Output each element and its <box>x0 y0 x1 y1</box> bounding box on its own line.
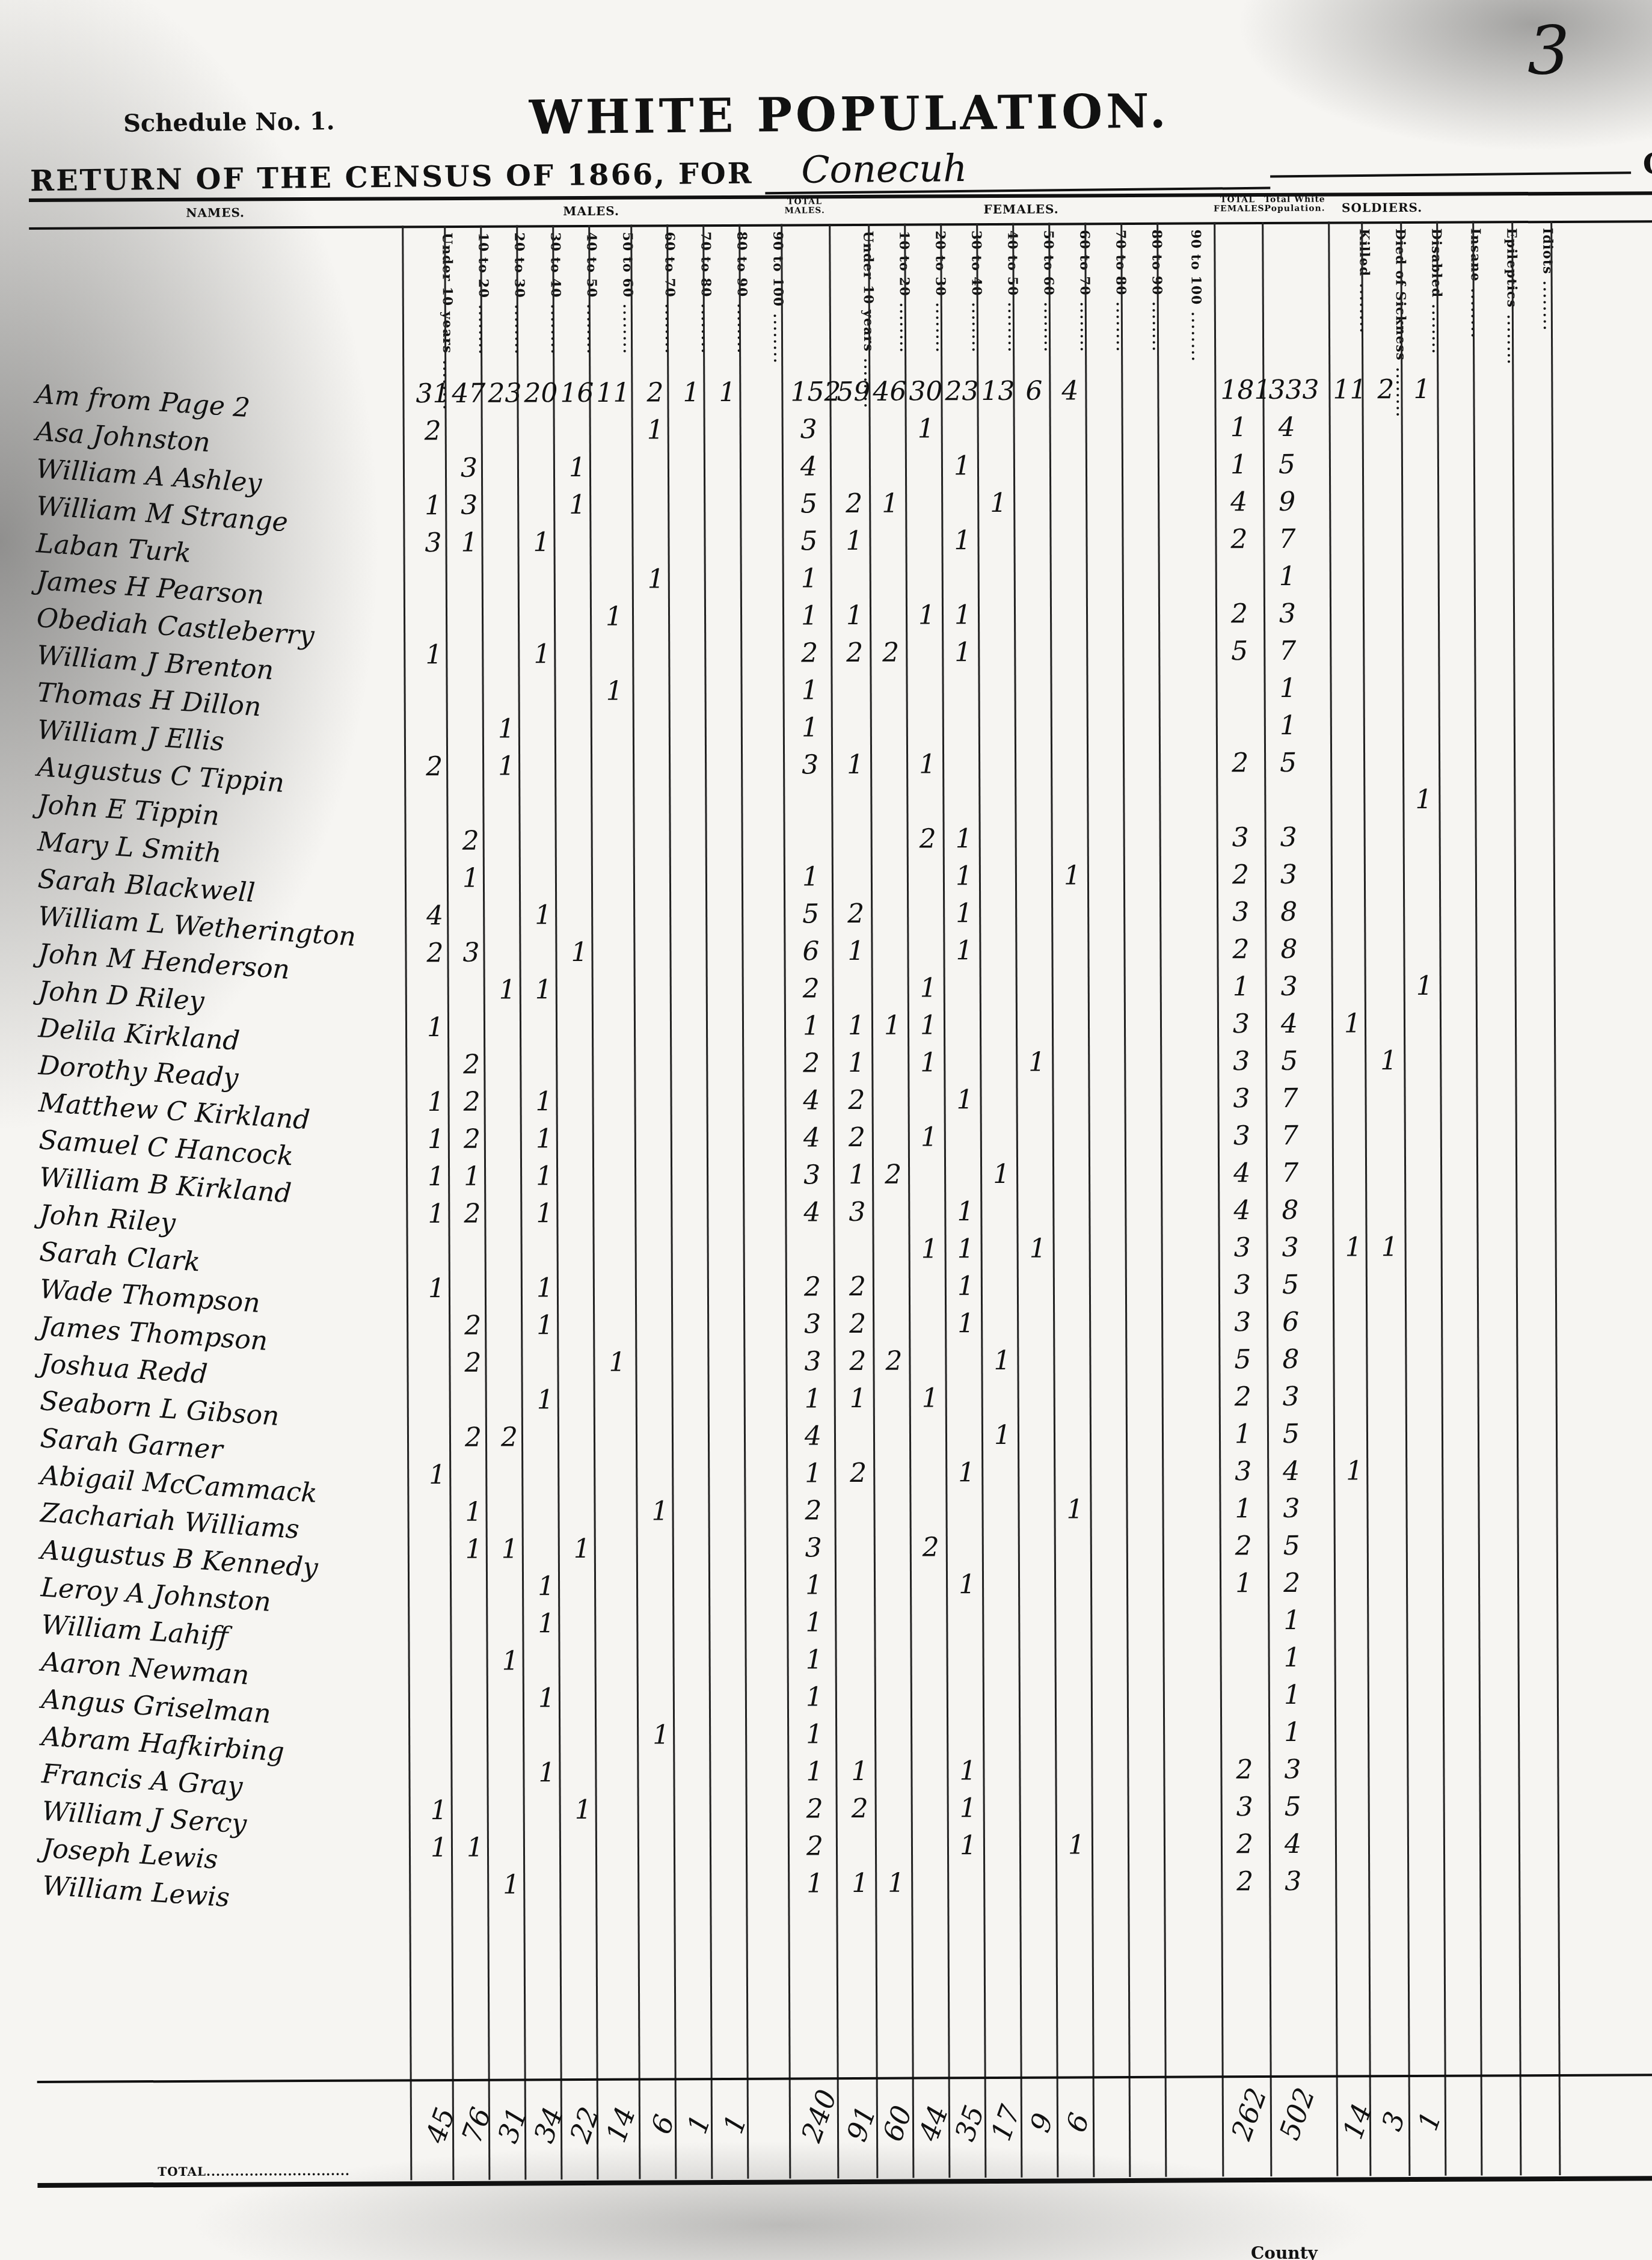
cell-m-10-20: 2 <box>455 1348 491 1378</box>
cell-m-30-40: 1 <box>527 1310 563 1340</box>
cell-f-u10: 2 <box>840 1458 876 1488</box>
table-row: Zachariah Williams112113 <box>34 1490 1652 1533</box>
county-underline <box>1270 171 1631 177</box>
cell-f-40-50: 1 <box>980 488 1016 518</box>
table-row: James H Pearson111 <box>31 558 1652 601</box>
cell-total-females: 4 <box>1221 487 1257 517</box>
cell-f-20-30: 30 <box>907 376 944 407</box>
cell-f-u10: 1 <box>837 749 873 780</box>
table-row: William M Strange131521149 <box>30 484 1652 526</box>
cell-m-30-40: 1 <box>525 900 561 930</box>
table-row: John Riley12143148 <box>33 1192 1652 1235</box>
cell-m-u10: 1 <box>421 1795 457 1826</box>
cell-total-white: 7 <box>1269 524 1305 554</box>
cell-f-30-40: 1 <box>944 525 980 556</box>
cell-total-males: 3 <box>794 1309 831 1339</box>
cell-m-70-80: 1 <box>673 377 709 408</box>
column-header-disabled: Disabled <box>1408 229 1445 367</box>
table-row: Sarah Blackwell111123 <box>32 856 1652 899</box>
cell-m-30-40: 1 <box>526 1198 562 1229</box>
census-page: 3 Schedule No. 1. WHITE POPULATION. RETU… <box>0 0 1652 2260</box>
cell-total-males: 1 <box>795 1458 831 1488</box>
cell-f-u10: 2 <box>838 1085 874 1116</box>
cell-f-40-50: 1 <box>984 1345 1020 1376</box>
cell-killed: 1 <box>1336 1232 1372 1262</box>
cell-f-30-40: 1 <box>946 823 982 854</box>
cell-total-white: 8 <box>1273 1344 1309 1375</box>
cell-total-females: 1 <box>1226 1568 1262 1598</box>
cell-total-white: 8 <box>1271 934 1307 965</box>
cell-total-white: 1 <box>1274 1642 1310 1673</box>
cell-f-10-20: 46 <box>871 376 907 407</box>
total-m-80-90: 1 <box>713 2102 756 2147</box>
cell-died-sickness: 1 <box>1371 1045 1407 1076</box>
total-m-40-50: 22 <box>563 2102 606 2148</box>
cell-total-males: 1 <box>796 1681 832 1712</box>
cell-total-males: 3 <box>792 749 828 780</box>
cell-m-60-70: 1 <box>637 414 674 445</box>
cell-m-50-60: 1 <box>596 601 632 632</box>
cell-f-u10: 2 <box>839 1122 875 1153</box>
total-m-60-70: 6 <box>641 2102 684 2147</box>
cell-m-10-20: 2 <box>454 1199 490 1229</box>
cell-total-females: 2 <box>1221 524 1257 554</box>
cell-m-30-40: 1 <box>528 1571 564 1601</box>
table-row: William Lahiff111 <box>35 1602 1652 1645</box>
cell-total-males: 2 <box>793 973 829 1004</box>
table-row: Sarah Clark1113311 <box>34 1229 1652 1272</box>
census-table: NAMES. MALES. TOTAL MALES. FEMALES. TOTA… <box>29 191 1652 2231</box>
cell-total-white: 4 <box>1269 412 1305 443</box>
cell-total-females: 2 <box>1227 1829 1263 1859</box>
cell-f-20-30: 1 <box>910 972 947 1003</box>
cell-total-males: 3 <box>794 1159 830 1190</box>
table-row: Mary L Smith22133 <box>32 819 1652 862</box>
cell-total-white: 5 <box>1271 1046 1307 1076</box>
names-header: NAMES. <box>29 205 402 224</box>
cell-m-20-30: 1 <box>493 1869 529 1900</box>
cell-total-white: 5 <box>1269 449 1305 480</box>
cell-m-30-40: 1 <box>527 1273 563 1303</box>
cell-f-u10: 1 <box>836 526 872 556</box>
cell-m-40-50: 1 <box>561 937 597 968</box>
cell-f-30-40: 1 <box>949 1569 985 1600</box>
footer-county-label: County <box>1251 2243 1318 2260</box>
column-header-m-20-30: 20 to 30 <box>491 232 527 370</box>
cell-total-males: 1 <box>791 563 828 594</box>
cell-m-10-20: 1 <box>455 1497 491 1528</box>
cell-m-60-70: 1 <box>642 1496 678 1526</box>
cell-m-50-60: 11 <box>595 378 631 408</box>
soldiers-header: SOLDIERS. <box>1328 201 1436 218</box>
cell-total-white: 7 <box>1271 1083 1307 1114</box>
cell-m-u10: 1 <box>415 490 451 521</box>
cell-total-females: 3 <box>1224 1307 1260 1337</box>
cell-f-u10: 59 <box>835 376 871 407</box>
cell-m-10-20: 2 <box>453 1049 490 1080</box>
cell-m-20-30: 2 <box>491 1422 527 1452</box>
cell-m-10-20: 2 <box>453 1087 490 1117</box>
cell-total-males: 1 <box>796 1644 832 1675</box>
cell-killed: 1 <box>1334 1008 1371 1039</box>
cell-total-females: 1 <box>1225 1493 1261 1524</box>
cell-total-females: 3 <box>1224 1120 1260 1151</box>
cell-total-males: 6 <box>793 936 829 966</box>
total-m-u10: 45 <box>419 2103 461 2148</box>
cell-total-females: 3 <box>1223 897 1259 927</box>
cell-f-30-40: 23 <box>944 376 980 407</box>
cell-total-females: 2 <box>1222 748 1258 778</box>
cell-m-20-30: 1 <box>493 1645 529 1676</box>
table-row: William L Wetherington4152138 <box>32 894 1652 936</box>
cell-m-50-60: 1 <box>599 1347 635 1378</box>
cell-total-white: 3 <box>1270 598 1306 629</box>
cell-f-40-50: 1 <box>983 1159 1019 1190</box>
total-females-header: TOTAL FEMALES. <box>1214 195 1262 212</box>
total-m-70-80: 1 <box>677 2102 720 2147</box>
column-header-m-70-80: 70 to 80 <box>677 232 714 370</box>
cell-f-20-30: 2 <box>913 1532 949 1562</box>
cell-m-30-40: 1 <box>526 1123 562 1154</box>
cell-total-males: 3 <box>796 1532 832 1563</box>
table-row: Aaron Newman111 <box>35 1639 1652 1682</box>
table-row: William J Sercy1122135 <box>36 1789 1652 1831</box>
cell-total-white: 4 <box>1273 1456 1309 1487</box>
cell-f-u10: 1 <box>841 1756 877 1787</box>
table-row: William J Brenton11222157 <box>31 633 1652 675</box>
cell-total-males: 4 <box>791 451 827 482</box>
cell-m-u10: 1 <box>417 1087 453 1117</box>
column-header-m-30-40: 30 to 40 <box>527 232 563 370</box>
cell-total-males: 1 <box>795 1383 831 1414</box>
cell-total-males: 2 <box>794 1271 831 1302</box>
cell-m-40-50: 1 <box>565 1795 601 1825</box>
cell-m-30-40: 20 <box>523 378 559 408</box>
cell-total-males: 1 <box>791 675 828 705</box>
cell-total-white: 3 <box>1271 859 1307 890</box>
cell-total-females: 2 <box>1226 1754 1262 1785</box>
cell-total-males: 2 <box>793 1048 829 1078</box>
table-row: Augustus B Kennedy1113225 <box>35 1528 1652 1570</box>
column-header-m-40-50: 40 to 50 <box>563 232 600 370</box>
cell-total-males: 1 <box>793 1010 829 1041</box>
column-header-f-50-60: 50 to 60 <box>1020 230 1057 369</box>
cell-total-females: 3 <box>1223 1009 1259 1039</box>
cell-f-30-40: 1 <box>944 450 980 481</box>
cell-m-10-20: 1 <box>451 527 487 558</box>
column-header-epileptics: Epileptics <box>1483 228 1520 366</box>
cell-f-20-30: 2 <box>910 823 946 854</box>
cell-total-females: 5 <box>1221 636 1257 666</box>
cell-m-60-70: 2 <box>637 377 673 408</box>
cell-m-50-60: 1 <box>596 676 632 707</box>
cell-f-u10: 2 <box>842 1793 878 1824</box>
cell-total-males: 1 <box>796 1756 832 1787</box>
column-header-died-sickness: Died of Sickness <box>1372 229 1408 367</box>
table-row: William Lewis111123 <box>36 1863 1652 1906</box>
cell-total-white: 3 <box>1273 1232 1309 1263</box>
column-header-m-60-70: 60 to 70 <box>641 232 678 370</box>
cell-total-females: 2 <box>1223 859 1259 890</box>
cell-m-10-20: 1 <box>457 1832 493 1863</box>
cell-m-60-70: 1 <box>643 1719 679 1750</box>
cell-m-10-20: 3 <box>453 938 489 968</box>
cell-m-20-30: 1 <box>488 713 524 744</box>
cell-total-males: 1 <box>792 712 828 743</box>
cell-m-10-20: 1 <box>454 1161 490 1192</box>
cell-f-30-40: 1 <box>948 1271 984 1301</box>
cell-f-30-40: 1 <box>950 1755 986 1786</box>
page-number: 3 <box>1528 12 1570 89</box>
cell-total-females: 3 <box>1224 1232 1260 1263</box>
cell-f-u10: 1 <box>838 936 874 966</box>
cell-m-10-20: 3 <box>451 453 487 484</box>
cell-total-females: 3 <box>1223 822 1259 853</box>
cell-f-u10: 1 <box>838 1010 874 1041</box>
cell-f-u10: 1 <box>839 1159 875 1190</box>
cell-m-20-30: 1 <box>488 751 524 781</box>
total-m-30-40: 34 <box>527 2102 570 2148</box>
cell-f-10-20: 1 <box>874 1010 910 1041</box>
column-header-m-10-20: 10 to 20 <box>455 233 491 371</box>
cell-total-females: 3 <box>1225 1456 1261 1487</box>
cell-total-white: 5 <box>1273 1419 1309 1449</box>
cell-f-u10: 2 <box>838 898 874 929</box>
table-row: William B Kirkland111312147 <box>33 1155 1652 1197</box>
column-header-f-80-90: 80 to 90 <box>1128 230 1165 368</box>
cell-f-10-20: 2 <box>875 1159 911 1190</box>
cell-total-females: 2 <box>1221 598 1257 629</box>
resident-name: William Lewis <box>41 1870 428 1926</box>
cell-total-females: 1 <box>1221 412 1257 443</box>
cell-m-30-40: 1 <box>526 974 562 1005</box>
cell-f-20-30: 1 <box>910 1010 947 1040</box>
cell-total-males: 2 <box>791 637 828 668</box>
cell-total-males: 5 <box>791 488 827 519</box>
cell-m-30-40: 1 <box>526 1161 562 1191</box>
cell-f-u10: 1 <box>842 1868 878 1899</box>
cell-m-60-70: 1 <box>638 563 674 594</box>
cell-m-u10: 1 <box>417 1012 453 1043</box>
cell-f-u10: 2 <box>836 488 872 519</box>
cell-f-30-40: 1 <box>948 1233 984 1264</box>
return-prefix: RETURN OF THE CENSUS OF 1866, FOR <box>30 157 754 198</box>
table-row: Obediah Castleberry1111123 <box>31 595 1652 638</box>
cell-total-white: 1 <box>1270 673 1306 704</box>
cell-f-40-50: 1 <box>984 1420 1021 1451</box>
cell-m-u10: 1 <box>418 1161 454 1192</box>
column-header-m-u10: Under 10 years <box>419 233 455 371</box>
table-row: William A Ashley314115 <box>30 446 1652 489</box>
cell-total-males: 2 <box>797 1831 833 1861</box>
cell-disabled: 1 <box>1407 971 1443 1001</box>
total-total-white: 502 <box>1273 2099 1315 2144</box>
cell-total-white: 7 <box>1272 1120 1308 1151</box>
cell-f-20-30: 1 <box>909 749 945 779</box>
cell-total-white: 4 <box>1275 1829 1311 1859</box>
cell-total-white: 1 <box>1274 1605 1310 1636</box>
county-name-field: Conecuh <box>765 143 1271 195</box>
cell-m-30-40: 1 <box>526 1086 562 1117</box>
cell-f-30-40: 1 <box>946 898 982 929</box>
table-row: Leroy A Johnston11112 <box>35 1565 1652 1607</box>
cell-total-white: 1 <box>1270 710 1306 741</box>
cell-total-white: 7 <box>1270 636 1306 666</box>
cell-m-30-40: 1 <box>527 1384 563 1415</box>
total-white-header: Total White Population. <box>1262 195 1328 212</box>
table-row: Samuel C Hancock12142137 <box>33 1117 1652 1160</box>
cell-total-males: 1 <box>796 1719 832 1749</box>
cell-m-30-40: 1 <box>523 527 559 557</box>
cell-f-30-40: 1 <box>947 1196 983 1227</box>
cell-total-females: 1 <box>1223 971 1259 1002</box>
cell-m-10-20: 2 <box>455 1422 491 1453</box>
cell-m-u10: 4 <box>417 900 453 931</box>
cell-f-30-40: 1 <box>950 1830 986 1861</box>
cell-total-males: 5 <box>791 526 827 556</box>
cell-m-40-50: 1 <box>564 1534 600 1564</box>
cell-m-u10: 2 <box>415 416 451 446</box>
cell-f-u10: 3 <box>839 1197 875 1227</box>
table-row: Abigail McCammack1121341 <box>34 1453 1652 1496</box>
total-m-10-20: 76 <box>455 2102 497 2148</box>
cell-f-10-20: 2 <box>873 637 909 668</box>
cell-f-60-70: 1 <box>1054 860 1090 891</box>
cell-m-20-30: 1 <box>490 974 526 1005</box>
column-header-f-40-50: 40 to 50 <box>984 230 1021 369</box>
table-row: Dorothy Ready22111351 <box>32 1043 1652 1085</box>
column-header-insane: Insane <box>1447 228 1484 366</box>
cell-f-30-40: 1 <box>947 1084 983 1115</box>
cell-total-males: 1 <box>796 1607 832 1638</box>
table-row: Abram Hafkirbing111 <box>35 1714 1652 1757</box>
cell-f-30-40: 1 <box>948 1457 984 1488</box>
cell-total-males: 1 <box>796 1570 832 1600</box>
cell-m-u10: 1 <box>418 1124 454 1155</box>
cell-f-10-20: 1 <box>878 1868 914 1899</box>
cell-total-males: 4 <box>795 1420 831 1451</box>
column-header-f-60-70: 60 to 70 <box>1056 230 1093 368</box>
cell-f-10-20: 1 <box>872 488 908 519</box>
schedule-label: Schedule No. 1. <box>123 107 335 138</box>
cell-total-females: 1 <box>1221 449 1257 480</box>
cell-f-30-40: 1 <box>948 1308 984 1339</box>
column-header-f-70-80: 70 to 80 <box>1092 230 1129 368</box>
table-row: Joseph Lewis1121124 <box>36 1826 1652 1868</box>
cell-total-white: 5 <box>1275 1792 1311 1822</box>
cell-f-20-30: 1 <box>910 1047 947 1078</box>
cell-total-males: 3 <box>794 1346 831 1377</box>
cell-total-females: 2 <box>1223 934 1259 965</box>
cell-f-u10: 1 <box>838 1048 874 1078</box>
cell-died-sickness: 1 <box>1372 1232 1408 1262</box>
females-header: FEMALES. <box>829 201 1214 220</box>
total-killed: 14 <box>1336 2099 1378 2144</box>
cell-m-30-40: 1 <box>528 1608 564 1639</box>
cell-f-20-30: 1 <box>912 1383 948 1413</box>
column-header-f-20-30: 20 to 30 <box>912 230 948 369</box>
table-row: William J Ellis111 <box>31 707 1652 750</box>
cell-total-males: 2 <box>795 1495 831 1526</box>
cell-m-u10: 2 <box>417 938 453 968</box>
cell-m-u10: 1 <box>419 1460 455 1490</box>
cell-f-30-40: 1 <box>950 1793 986 1823</box>
cell-f-50-60: 1 <box>1019 1047 1055 1078</box>
return-suffix: COUNTY, ALABAMA <box>1643 144 1652 181</box>
cell-total-females: 3 <box>1227 1792 1263 1822</box>
column-header-f-10-20: 10 to 20 <box>876 231 912 369</box>
total-m-20-30: 31 <box>491 2102 533 2148</box>
column-header-f-30-40: 30 to 40 <box>948 230 984 369</box>
cell-f-u10: 2 <box>840 1309 876 1339</box>
cell-total-females: 181 <box>1220 375 1256 405</box>
cell-m-10-20: 1 <box>456 1534 492 1565</box>
column-header-killed: Killed <box>1336 229 1372 367</box>
cell-total-white: 1 <box>1274 1680 1310 1710</box>
cell-f-30-40: 1 <box>945 600 981 630</box>
cell-m-u10: 1 <box>419 1273 455 1304</box>
cell-m-30-40: 1 <box>529 1757 565 1788</box>
cell-total-white: 3 <box>1273 1381 1309 1412</box>
cell-total-white: 1 <box>1274 1717 1310 1748</box>
cell-total-females: 2 <box>1225 1381 1261 1412</box>
cell-total-white: 3 <box>1275 1866 1311 1897</box>
males-header: MALES. <box>402 204 781 223</box>
cell-total-white: 3 <box>1271 822 1307 853</box>
cell-total-males: 2 <box>797 1793 833 1824</box>
table-row: Augustus C Tippin2131125 <box>31 745 1652 787</box>
cell-total-white: 2 <box>1274 1568 1310 1598</box>
cell-disabled: 1 <box>1405 784 1442 815</box>
cell-m-u10: 1 <box>416 639 452 670</box>
cell-f-20-30: 1 <box>911 1122 947 1152</box>
cell-m-30-40: 1 <box>524 639 560 669</box>
cell-f-60-70: 1 <box>1058 1829 1095 1860</box>
cell-f-u10: 2 <box>837 637 873 668</box>
cell-total-white: 333 <box>1268 375 1304 405</box>
cell-total-females: 3 <box>1224 1270 1260 1300</box>
cell-total-females: 2 <box>1226 1531 1262 1561</box>
cell-m-40-50: 1 <box>559 490 595 520</box>
cell-total-white: 8 <box>1272 1195 1308 1226</box>
cell-m-u10: 1 <box>421 1832 457 1863</box>
cell-m-80-90: 1 <box>709 377 745 408</box>
cell-total-females: 3 <box>1223 1083 1259 1114</box>
cell-total-white: 8 <box>1271 897 1307 927</box>
cell-total-males: 4 <box>794 1122 830 1153</box>
cell-f-60-70: 1 <box>1057 1494 1093 1525</box>
cell-total-white: 1 <box>1270 561 1306 592</box>
cell-total-white: 4 <box>1271 1009 1307 1039</box>
cell-total-males: 4 <box>793 1085 829 1116</box>
table-row: James Thompson2132136 <box>34 1304 1652 1346</box>
cell-total-females: 3 <box>1223 1046 1259 1076</box>
total-m-50-60: 14 <box>599 2102 642 2147</box>
table-row: Thomas H Dillon111 <box>31 670 1652 713</box>
cell-f-20-30: 1 <box>909 600 945 630</box>
table-row: Matthew C Kirkland12142137 <box>32 1080 1652 1123</box>
cell-m-40-50: 1 <box>559 452 595 483</box>
cell-f-50-60: 1 <box>1020 1233 1056 1264</box>
cell-total-males: 1 <box>797 1868 833 1899</box>
cell-f-u10: 2 <box>840 1271 876 1302</box>
table-row: John M Henderson23161128 <box>32 931 1652 974</box>
table-row: John D Riley1121131 <box>32 968 1652 1011</box>
cell-f-20-30: 1 <box>912 1233 948 1264</box>
cell-m-u10: 1 <box>418 1199 454 1229</box>
cell-total-white: 9 <box>1269 487 1305 517</box>
cell-m-20-30: 23 <box>487 378 523 408</box>
